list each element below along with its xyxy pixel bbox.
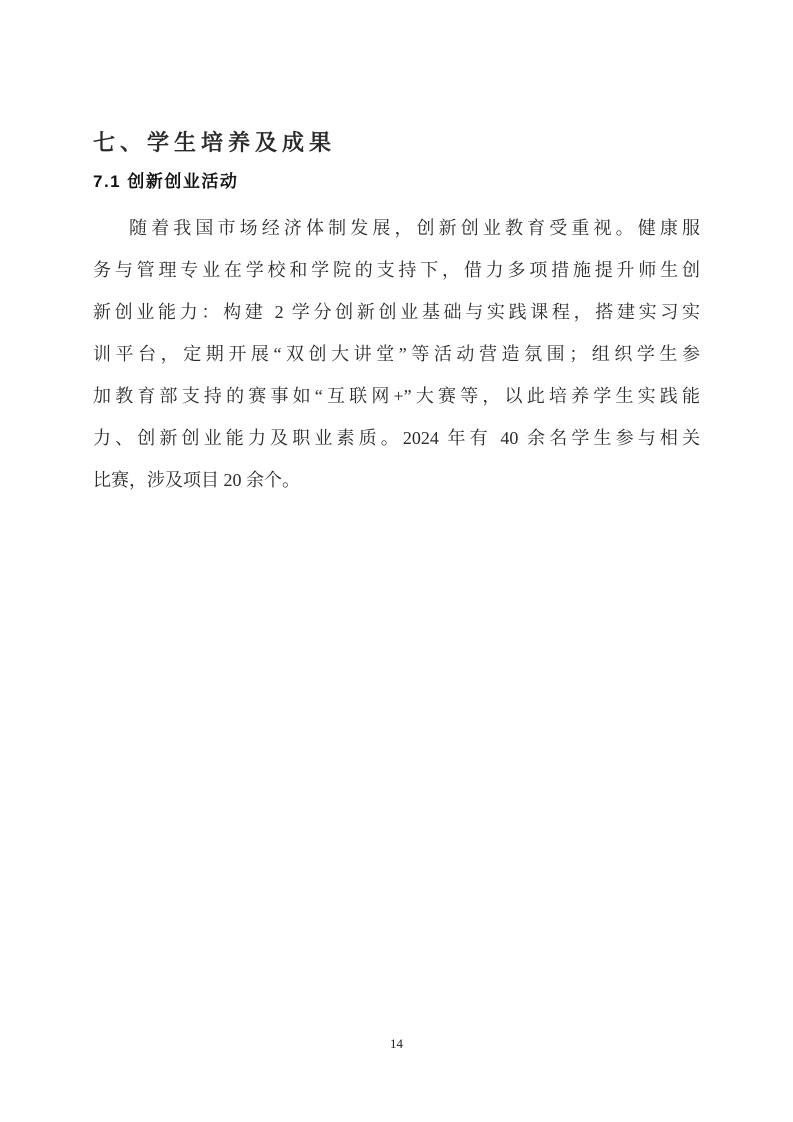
paragraph-line: 加教育部支持的赛事如“互联网+”大赛等，以此培养学生实践能 — [93, 375, 700, 417]
body-paragraph: 随着我国市场经济体制发展，创新创业教育受重视。健康服 务与管理专业在学校和学院的… — [93, 207, 700, 501]
section-heading: 七、学生培养及成果 — [93, 130, 700, 155]
paragraph-line: 随着我国市场经济体制发展，创新创业教育受重视。健康服 — [93, 207, 700, 249]
paragraph-line: 务与管理专业在学校和学院的支持下，借力多项措施提升师生创 — [93, 249, 700, 291]
paragraph-line: 训平台，定期开展“双创大讲堂”等活动营造氛围；组织学生参 — [93, 333, 700, 375]
paragraph-line: 比赛，涉及项目 20 余个。 — [93, 459, 700, 501]
subsection-heading: 7.1 创新创业活动 — [93, 172, 700, 192]
paragraph-line: 力、创新创业能力及职业素质。2024 年有 40 余名学生参与相关 — [93, 417, 700, 459]
document-page: 七、学生培养及成果 7.1 创新创业活动 随着我国市场经济体制发展，创新创业教育… — [0, 0, 793, 1122]
page-number: 14 — [0, 1036, 793, 1052]
paragraph-line: 新创业能力：构建 2 学分创新创业基础与实践课程，搭建实习实 — [93, 291, 700, 333]
